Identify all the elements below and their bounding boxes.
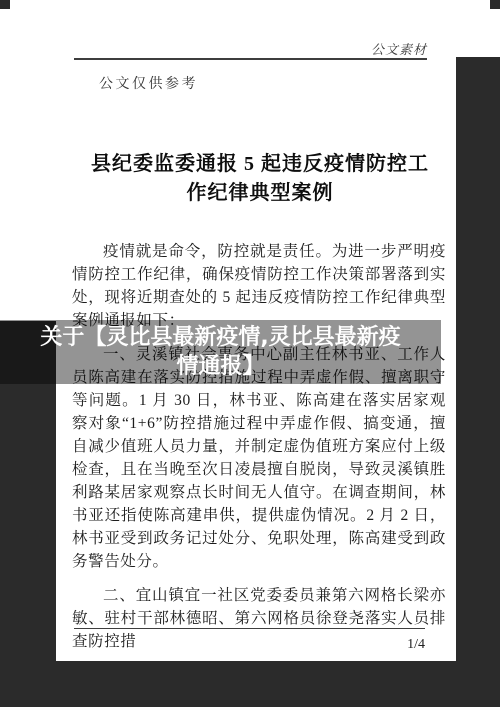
paragraph-intro: 疫情就是命令，防控就是责任。为进一步严明疫情防控工作纪律，确保疫情防控工作决策部… (72, 240, 446, 332)
frame-corner-top-left (0, 0, 10, 9)
header-material-label: 公文素材 (0, 39, 427, 58)
document-title-line1: 县纪委监委通报 5 起违反疫情防控工 (54, 150, 466, 179)
document-body: 疫情就是命令，防控就是责任。为进一步严明疫情防控工作纪律，确保疫情防控工作决策部… (72, 240, 446, 664)
page-number: 1/4 (74, 637, 425, 653)
header-reference-note: 公文仅供参考 (99, 73, 198, 93)
frame-corner-top-right (490, 0, 500, 9)
document-title-line2: 作纪律典型案例 (54, 179, 466, 208)
frame-band-bottom (0, 661, 500, 707)
headline-overlay-banner: 关于【灵比县最新疫情,灵比县最新疫情通报】 (0, 320, 441, 384)
header-rule (74, 58, 427, 60)
document-title: 县纪委监委通报 5 起违反疫情防控工 作纪律典型案例 (54, 150, 466, 208)
document-page: { "header": { "material_label": "公文素材", … (0, 0, 500, 707)
headline-overlay-text: 关于【灵比县最新疫情,灵比县最新疫情通报】 (30, 323, 412, 381)
footer-rule (74, 628, 425, 629)
